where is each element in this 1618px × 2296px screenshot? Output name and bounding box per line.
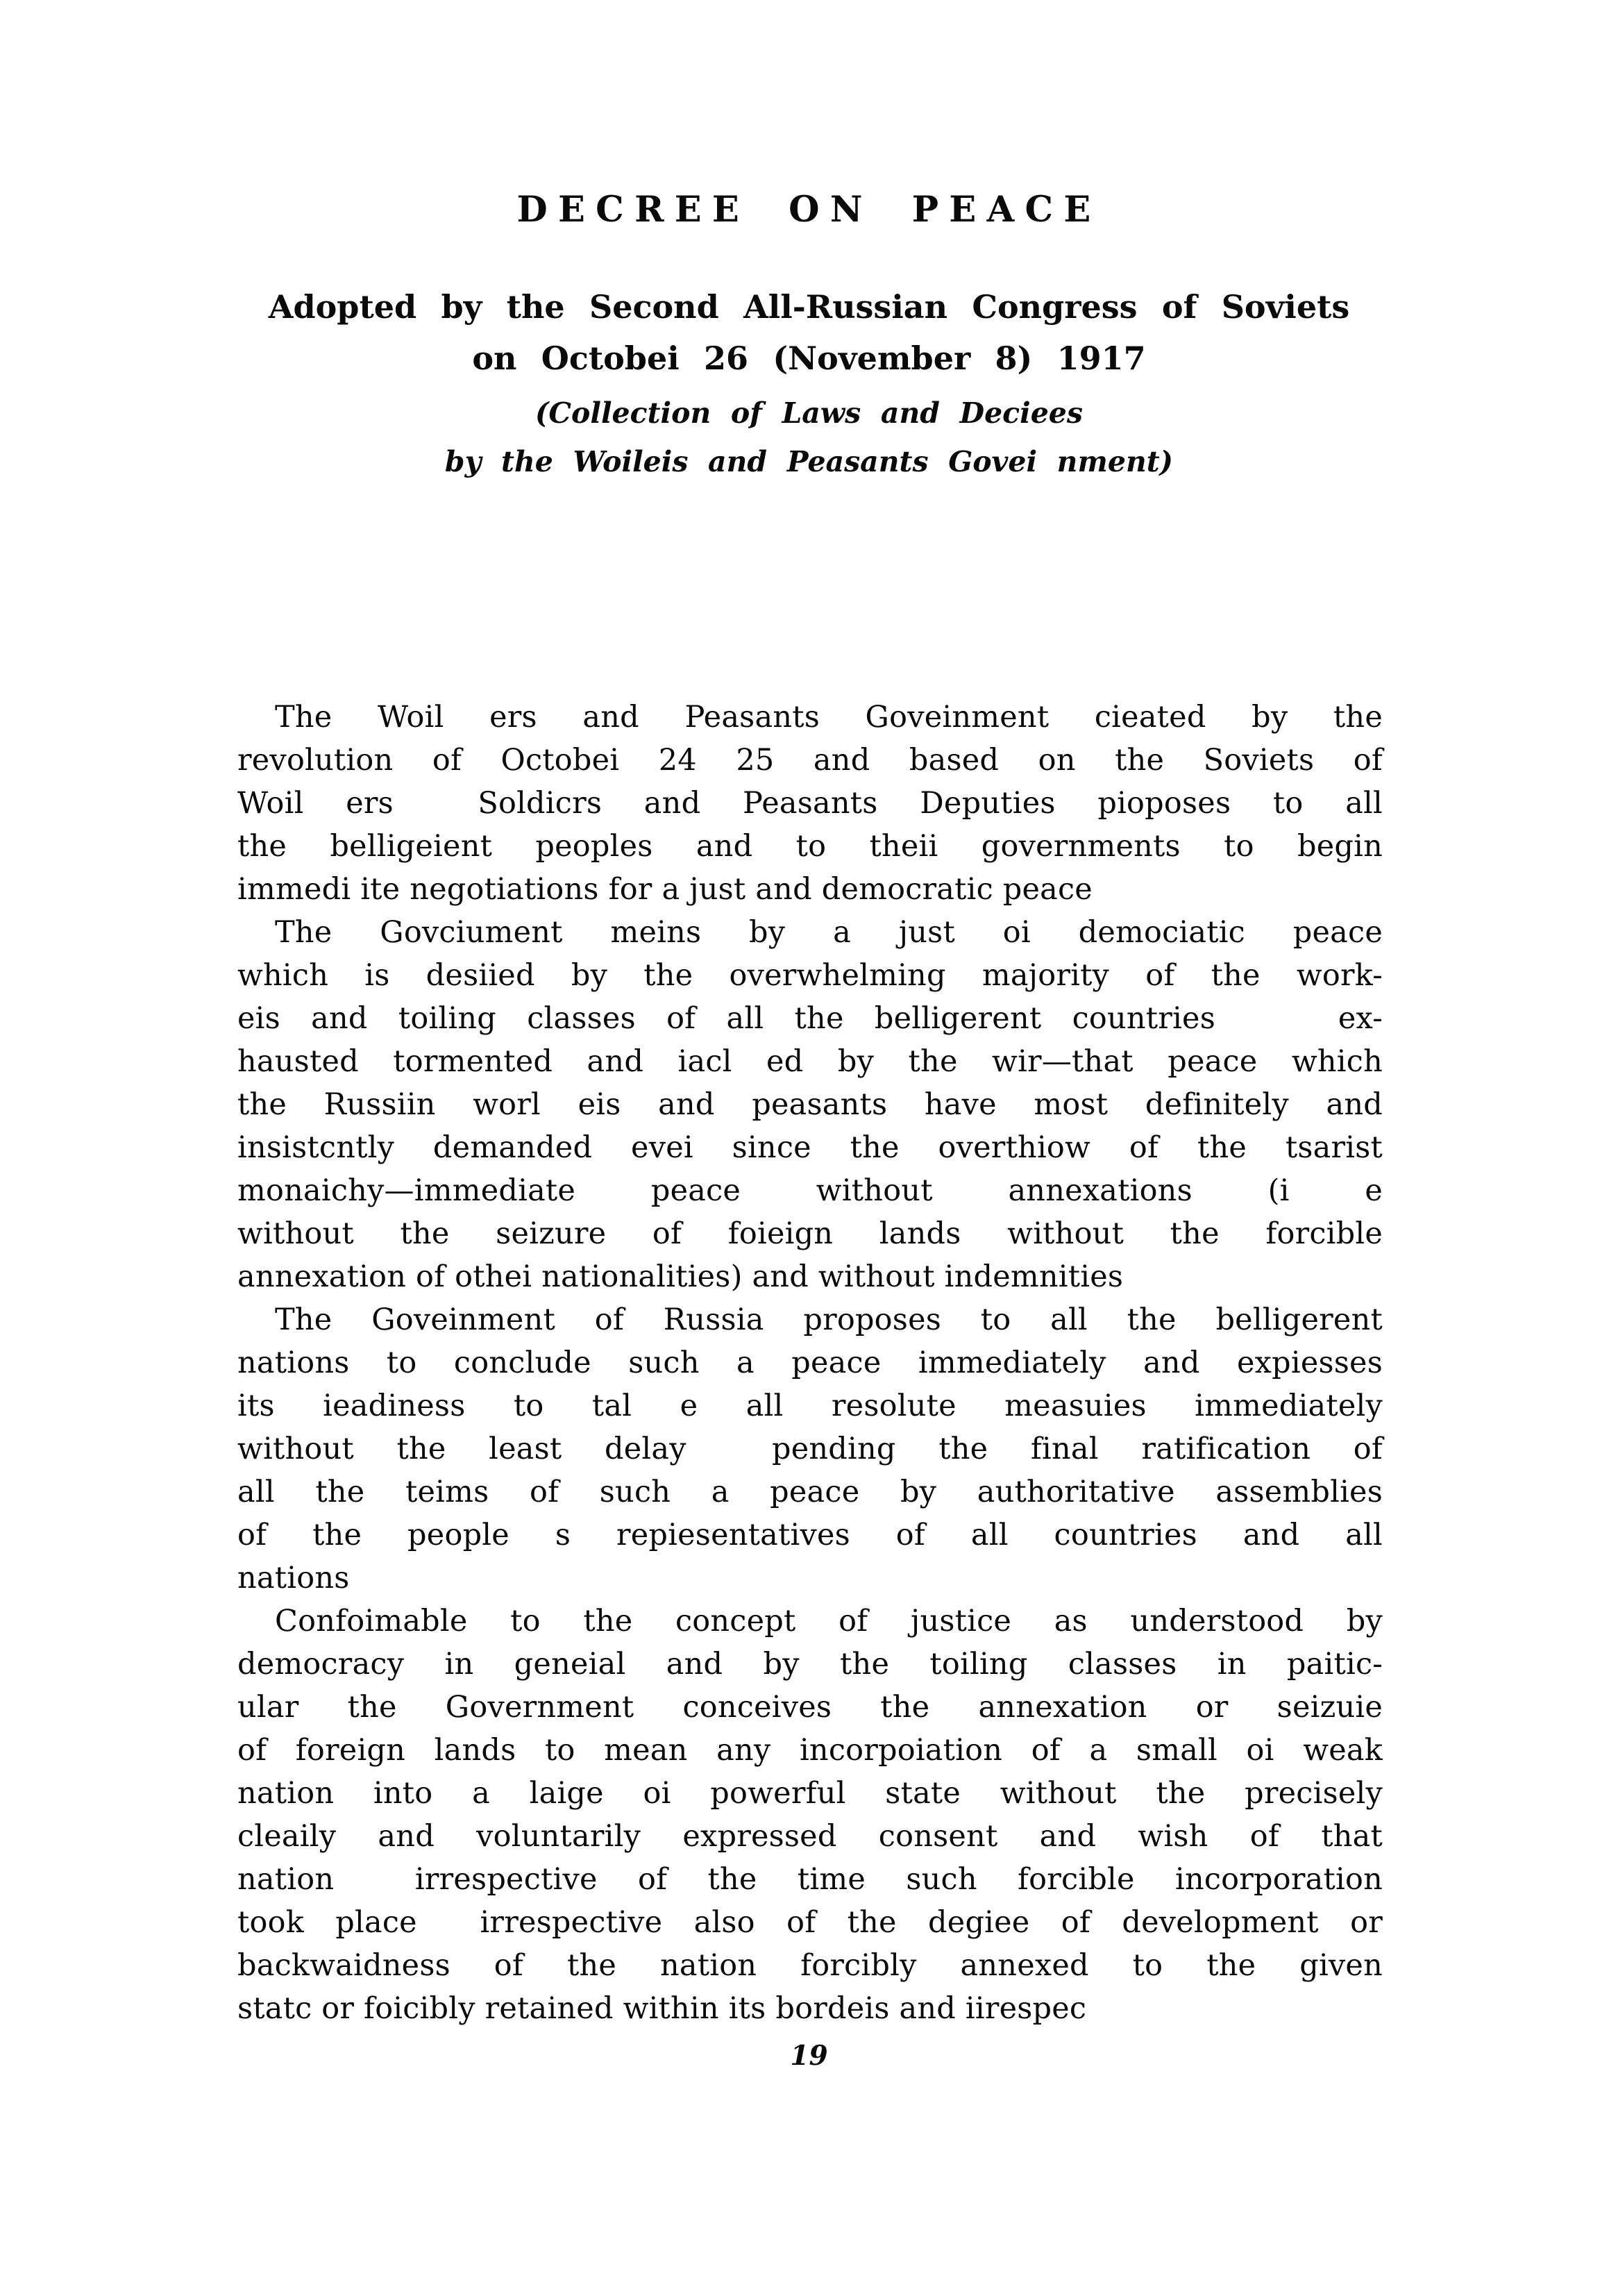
subtitle-line-2: on Octobei 26 (November 8) 1917 xyxy=(0,333,1618,384)
body-line: took place irrespective also of the degi… xyxy=(237,1901,1383,1944)
source-line-2: by the Woileis and Peasants Govei nment) xyxy=(0,437,1618,486)
body-line: its ieadiness to tal e all resolute meas… xyxy=(237,1384,1383,1427)
body-line: the Russiin worl eis and peasants have m… xyxy=(237,1083,1383,1126)
body-line: The Woil ers and Peasants Goveinment cie… xyxy=(237,696,1383,739)
body-line: statc or foicibly retained within its bo… xyxy=(237,1987,1383,2030)
paragraph: Confoimable to the concept of justice as… xyxy=(237,1600,1383,2030)
body-line: backwaidness of the nation forcibly anne… xyxy=(237,1944,1383,1987)
page-number: 19 xyxy=(0,2040,1618,2072)
body-line: insistcntly demanded evei since the over… xyxy=(237,1126,1383,1169)
paragraph: The Govciument meins by a just oi democi… xyxy=(237,911,1383,1298)
document-subtitle: Adopted by the Second All-Russian Congre… xyxy=(0,281,1618,384)
paragraph: The Goveinment of Russia proposes to all… xyxy=(237,1298,1383,1600)
body-line: all the teims of such a peace by authori… xyxy=(237,1470,1383,1514)
body-line: nation irrespective of the time such for… xyxy=(237,1858,1383,1901)
body-line: The Govciument meins by a just oi democi… xyxy=(237,911,1383,954)
body-line: Confoimable to the concept of justice as… xyxy=(237,1600,1383,1643)
body-line: ular the Government conceives the annexa… xyxy=(237,1686,1383,1729)
document-source-citation: (Collection of Laws and Deciees by the W… xyxy=(0,389,1618,486)
body-line: nations to conclude such a peace immedia… xyxy=(237,1341,1383,1384)
body-line: revolution of Octobei 24 25 and based on… xyxy=(237,739,1383,782)
source-line-1: (Collection of Laws and Deciees xyxy=(0,389,1618,437)
body-line: democracy in geneial and by the toiling … xyxy=(237,1643,1383,1686)
subtitle-line-1: Adopted by the Second All-Russian Congre… xyxy=(0,281,1618,333)
document-title: DECREE ON PEACE xyxy=(0,189,1618,231)
body-line: monaichy—immediate peace without annexat… xyxy=(237,1169,1383,1212)
body-line: of the people s repiesentatives of all c… xyxy=(237,1514,1383,1557)
body-line: nation into a laige oi powerful state wi… xyxy=(237,1772,1383,1815)
body-line: the belligeient peoples and to theii gov… xyxy=(237,825,1383,868)
body-line: annexation of othei nationalities) and w… xyxy=(237,1255,1383,1298)
scanned-book-page: DECREE ON PEACE Adopted by the Second Al… xyxy=(0,0,1618,2296)
body-line: of foreign lands to mean any incorpoiati… xyxy=(237,1729,1383,1772)
body-line: The Goveinment of Russia proposes to all… xyxy=(237,1298,1383,1341)
body-line: immedi ite negotiations for a just and d… xyxy=(237,868,1383,911)
document-body: The Woil ers and Peasants Goveinment cie… xyxy=(237,696,1383,2030)
paragraph: The Woil ers and Peasants Goveinment cie… xyxy=(237,696,1383,911)
body-line: without the least delay pending the fina… xyxy=(237,1427,1383,1470)
body-line: without the seizure of foieign lands wit… xyxy=(237,1212,1383,1255)
body-line: which is desiied by the overwhelming maj… xyxy=(237,954,1383,997)
body-line: Woil ers Soldicrs and Peasants Deputies … xyxy=(237,782,1383,825)
body-line: hausted tormented and iacl ed by the wir… xyxy=(237,1040,1383,1083)
body-line: nations xyxy=(237,1557,1383,1600)
body-line: cleaily and voluntarily expressed consen… xyxy=(237,1815,1383,1858)
body-line: eis and toiling classes of all the belli… xyxy=(237,997,1383,1040)
